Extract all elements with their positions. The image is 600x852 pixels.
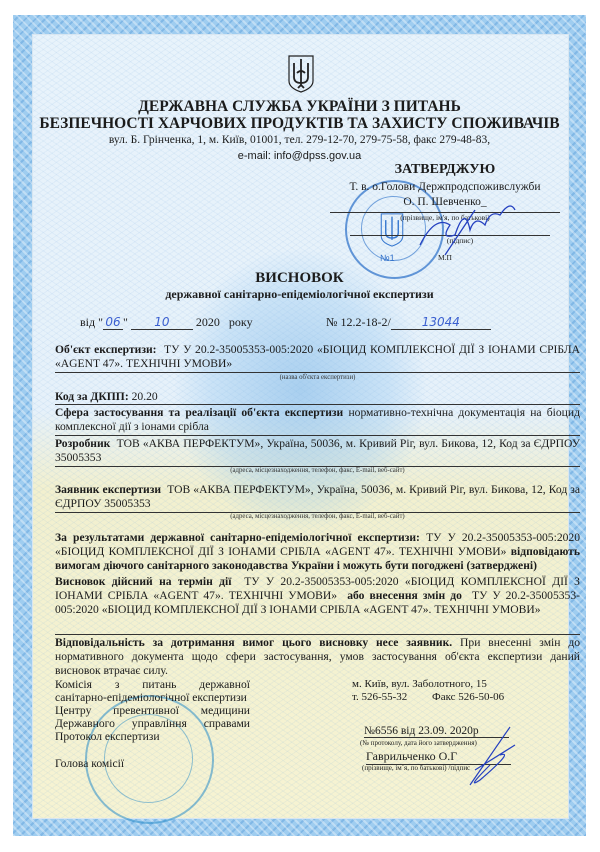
responsibility-label: Відповідальність за дотримання вимог цьо…	[55, 636, 452, 649]
document-date: від "06" 10 2020 року	[80, 315, 253, 330]
number-prefix: № 12.2-18-2/	[326, 315, 391, 329]
validity-label: Висновок дійсний на термін дії	[55, 575, 231, 588]
commission-line4: Державного управління справами	[55, 717, 250, 730]
applicant-label: Заявник експертизи	[55, 483, 161, 496]
commission-block: Комісія з питань державної санітарно-епі…	[55, 678, 250, 770]
validity-or: або внесення змін до	[347, 589, 462, 602]
results-section: За результатами державної санітарно-епід…	[55, 531, 580, 573]
commission-line1: Комісія з питань державної	[55, 678, 250, 691]
commission-line3: Центру превентивної медицини	[55, 704, 250, 717]
dkpp-value: 20.20	[132, 390, 158, 403]
org-name-line2: БЕЗПЕЧНОСТІ ХАРЧОВИХ ПРОДУКТІВ ТА ЗАХИСТ…	[32, 115, 567, 133]
date-month: 10	[131, 315, 193, 330]
developer-text: ТОВ «АКВА ПЕРФЕКТУМ», Україна, 50036, м.…	[55, 437, 580, 464]
document-title: ВИСНОВОК	[32, 270, 567, 287]
scope-section: Сфера застосування та реалізації об'єкта…	[55, 406, 580, 434]
object-section: Об'єкт експертизи: ТУ У 20.2-35005353-00…	[55, 343, 580, 371]
date-quote: "	[123, 315, 128, 329]
object-label: Об'єкт експертизи:	[55, 343, 157, 356]
date-suffix: року	[229, 315, 253, 329]
developer-section: Розробник ТОВ «АКВА ПЕРФЕКТУМ», Україна,…	[55, 437, 580, 465]
signature-icon	[415, 195, 525, 265]
org-email: e-mail: info@dpss.gov.ua	[32, 150, 567, 162]
date-year: 2020	[196, 315, 220, 329]
approver-position: Т. в. о.Голови Держпродспоживслужби	[325, 181, 565, 193]
protocol-label: Протокол експертизи	[55, 730, 250, 743]
trident-icon	[288, 55, 314, 93]
date-day: 06	[103, 315, 123, 330]
commission-address: м. Київ, вул. Заболотного, 15	[352, 678, 487, 691]
date-prefix: від "	[80, 315, 103, 329]
results-label: За результатами державної санітарно-епід…	[55, 531, 420, 544]
developer-caption: (адреса, місцезнаходження, телефон, факс…	[55, 467, 580, 474]
divider	[55, 435, 580, 436]
applicant-section: Заявник експертизи ТОВ «АКВА ПЕРФЕКТУМ»,…	[55, 483, 580, 511]
number-value: 13044	[391, 315, 491, 330]
applicant-caption: (адреса, місцезнаходження, телефон, факс…	[55, 513, 580, 520]
commission-fax: Факс 526-50-06	[432, 691, 504, 703]
dkpp-label: Код за ДКПП:	[55, 390, 129, 403]
head-caption: (прізвище, ім`я, по батькові) /підпис	[362, 764, 470, 772]
document-number: № 12.2-18-2/13044	[326, 315, 491, 330]
document-subtitle: державної санітарно-епідеміологічної екс…	[32, 287, 567, 302]
divider	[55, 404, 580, 405]
head-label: Голова комісії	[55, 757, 250, 770]
scope-label: Сфера застосування та реалізації об'єкта…	[55, 406, 343, 419]
validity-section: Висновок дійсний на термін дії ТУ У 20.2…	[55, 575, 580, 617]
dkpp-section: Код за ДКПП: 20.20	[55, 390, 580, 404]
divider	[55, 634, 580, 635]
object-caption: (назва об'єкта експертизи)	[55, 374, 580, 381]
divider	[55, 372, 580, 373]
org-name-line1: ДЕРЖАВНА СЛУЖБА УКРАЇНИ З ПИТАНЬ	[32, 98, 567, 116]
approval-title: ЗАТВЕРДЖУЮ	[345, 162, 545, 178]
org-address: вул. Б. Грінченка, 1, м. Київ, 01001, те…	[32, 134, 567, 146]
commission-phone: т. 526-55-32	[352, 691, 407, 703]
developer-label: Розробник	[55, 437, 110, 450]
commission-line2: санітарно-епідеміологічної експертизи	[55, 691, 250, 704]
signature-icon	[460, 725, 520, 795]
stamp-number: №1	[380, 253, 395, 263]
responsibility-section: Відповідальність за дотримання вимог цьо…	[55, 636, 580, 678]
